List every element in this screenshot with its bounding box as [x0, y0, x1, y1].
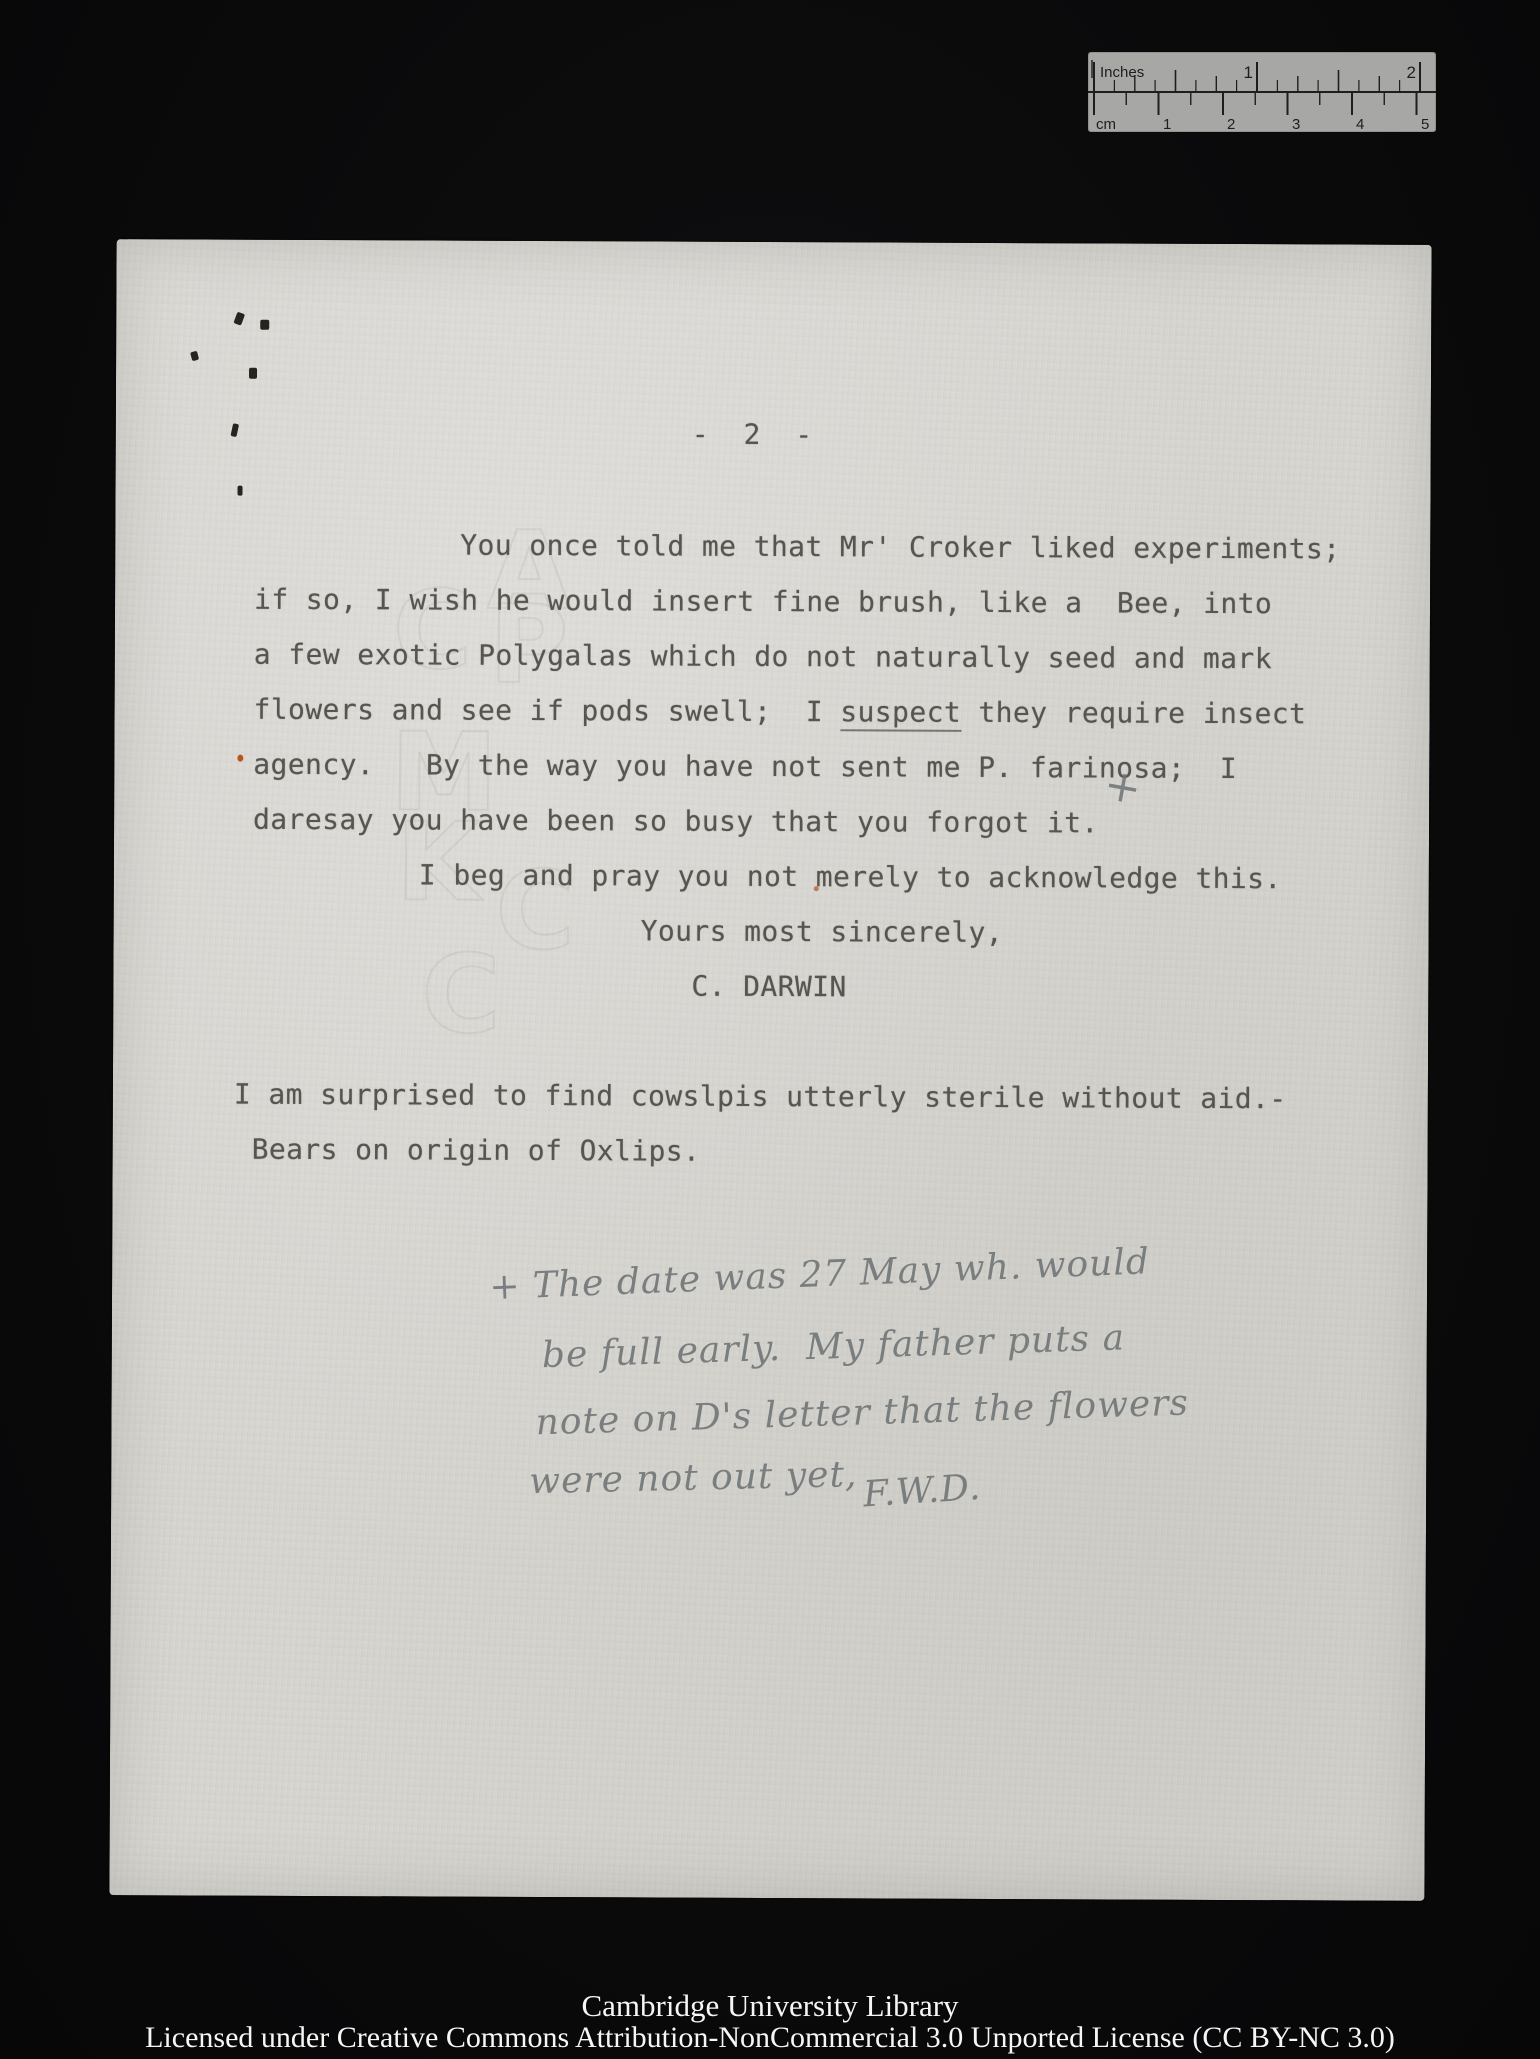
letter-page: A C P M K C C - 2 - You once told me tha… — [109, 239, 1431, 1901]
attribution-footer: Cambridge University Library Licensed un… — [0, 1990, 1540, 2053]
paper-speck — [233, 312, 245, 326]
ruler-inch-number-1: 1 — [1244, 63, 1253, 82]
paper-speck — [237, 755, 243, 762]
measurement-ruler: Inches 1 2 cm 1 2 3 4 5 — [1088, 52, 1436, 132]
handwritten-note-line: note on D's letter that the flowers — [535, 1382, 1189, 1443]
letter-line: flowers and see if pods swell; I suspect… — [253, 693, 1306, 731]
ruler-cm-number-1: 1 — [1163, 116, 1171, 132]
paper-speck — [249, 368, 257, 379]
letter-line: agency. By the way you have not sent me … — [253, 748, 1237, 785]
ruler-cm-number-2: 2 — [1227, 116, 1235, 132]
letter-line: You once told me that Mr' Croker liked e… — [460, 529, 1340, 566]
license-text: Licensed under Creative Commons Attribut… — [0, 2022, 1540, 2053]
letter-line: if so, I wish he would insert fine brush… — [254, 583, 1272, 620]
handwritten-note-line: were not out yet, — [529, 1454, 858, 1502]
pencil-cross-mark: + — [1100, 759, 1145, 816]
postscript-line: Bears on origin of Oxlips. — [252, 1133, 701, 1168]
handwritten-note-line: + The date was 27 May wh. would — [489, 1241, 1151, 1308]
ruler-cm-label: cm — [1096, 116, 1116, 132]
letter-line: daresay you have been so busy that you f… — [253, 803, 1099, 840]
library-name: Cambridge University Library — [0, 1990, 1540, 2022]
scan-background: Inches 1 2 cm 1 2 3 4 5 A C P M K C C - … — [0, 0, 1540, 2059]
letter-closing: Yours most sincerely, — [641, 914, 1004, 949]
paper-speck — [260, 320, 269, 330]
letter-line-segment: they require insect — [961, 696, 1306, 731]
postscript-line: I am surprised to find cowslpis utterly … — [234, 1078, 1287, 1116]
paper-watermark: A C P M K C C — [117, 239, 1432, 245]
paper-speck — [190, 351, 199, 361]
ruler-cm-number-5: 5 — [1421, 116, 1429, 132]
ruler-inch-number-2: 2 — [1407, 63, 1416, 82]
ruler-cm-number-4: 4 — [1356, 116, 1364, 132]
letter-line: a few exotic Polygalas which do not natu… — [254, 638, 1272, 675]
ruler-inches-label: Inches — [1100, 64, 1144, 81]
handwritten-note-line: be full early. My father puts a — [541, 1317, 1125, 1376]
watermark-letter: C — [421, 932, 501, 1057]
paper-speck — [230, 423, 239, 437]
letter-signature: C. DARWIN — [691, 970, 846, 1004]
paper-speck — [238, 486, 243, 496]
page-number: - 2 - — [692, 418, 813, 452]
underlined-word: suspect — [840, 695, 961, 732]
letter-line-segment: flowers and see if pods swell; I — [253, 693, 840, 729]
handwritten-note-signature: F.W.D. — [862, 1467, 982, 1516]
ruler-cm-number-3: 3 — [1292, 116, 1300, 132]
letter-line: I beg and pray you not merely to acknowl… — [419, 858, 1282, 895]
